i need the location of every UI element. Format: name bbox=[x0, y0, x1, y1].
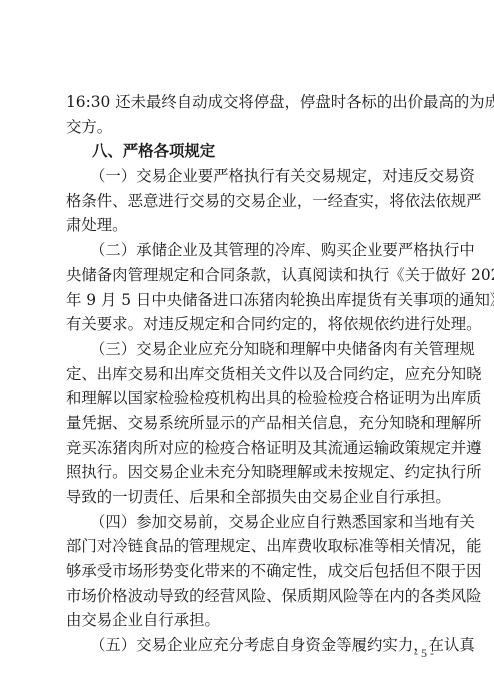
page-number: - 5 - bbox=[398, 646, 434, 661]
document-body: 16:30 还未最终自动成交将停盘，停盘时各标的出价最高的为成 交方。 八、严格… bbox=[66, 90, 434, 658]
text-line: 部门对冷链食品的管理规定、出库费收取标准等相关情况，能 bbox=[66, 534, 434, 559]
text-line: 由交易企业自行承担。 bbox=[66, 608, 434, 633]
section-heading: 八、严格各项规定 bbox=[66, 139, 434, 164]
text-line: （二）承储企业及其管理的冷库、购买企业要严格执行中 bbox=[66, 238, 434, 263]
text-line: （四）参加交易前，交易企业应自行熟悉国家和当地有关 bbox=[66, 510, 434, 535]
text-line: 定、出库交易和出库交货相关文件以及合同约定，应充分知晓 bbox=[66, 362, 434, 387]
text-line: 照执行。因交易企业未充分知晓理解或未按规定、约定执行所 bbox=[66, 460, 434, 485]
text-line: 和理解以国家检验检疫机构出具的检验检疫合格证明为出库质 bbox=[66, 386, 434, 411]
text-line: 量凭据、交易系统所显示的产品相关信息，充分知晓和理解所 bbox=[66, 411, 434, 436]
text-line: 够承受市场形势变化带来的不确定性，成交后包括但不限于因 bbox=[66, 559, 434, 584]
text-line: （三）交易企业应充分知晓和理解中央储备肉有关管理规 bbox=[66, 337, 434, 362]
text-line: 有关要求。对违反规定和合同约定的，将依规依约进行处理。 bbox=[66, 312, 434, 337]
text-line: 肃处理。 bbox=[66, 213, 434, 238]
text-line: （一）交易企业要严格执行有关交易规定，对违反交易资 bbox=[66, 164, 434, 189]
text-line: 交方。 bbox=[66, 115, 434, 140]
text-line: 格条件、恶意进行交易的交易企业，一经查实，将依法依规严 bbox=[66, 189, 434, 214]
text-line: 16:30 还未最终自动成交将停盘，停盘时各标的出价最高的为成 bbox=[66, 90, 434, 115]
text-line: 年 9 月 5 日中央储备进口冻猪肉轮换出库提货有关事项的通知》 bbox=[66, 288, 434, 313]
text-line: （五）交易企业应充分考虑自身资金等履约实力，在认真 bbox=[66, 633, 434, 658]
text-line: 央储备肉管理规定和合同条款，认真阅读和执行《关于做好 2024 bbox=[66, 263, 434, 288]
text-line: 市场价格波动导致的经营风险、保质期风险等在内的各类风险 bbox=[66, 584, 434, 609]
text-line: 竞买冻猪肉所对应的检疫合格证明及其流通运输政策规定并遵 bbox=[66, 436, 434, 461]
text-line: 导致的一切责任、后果和全部损失由交易企业自行承担。 bbox=[66, 485, 434, 510]
